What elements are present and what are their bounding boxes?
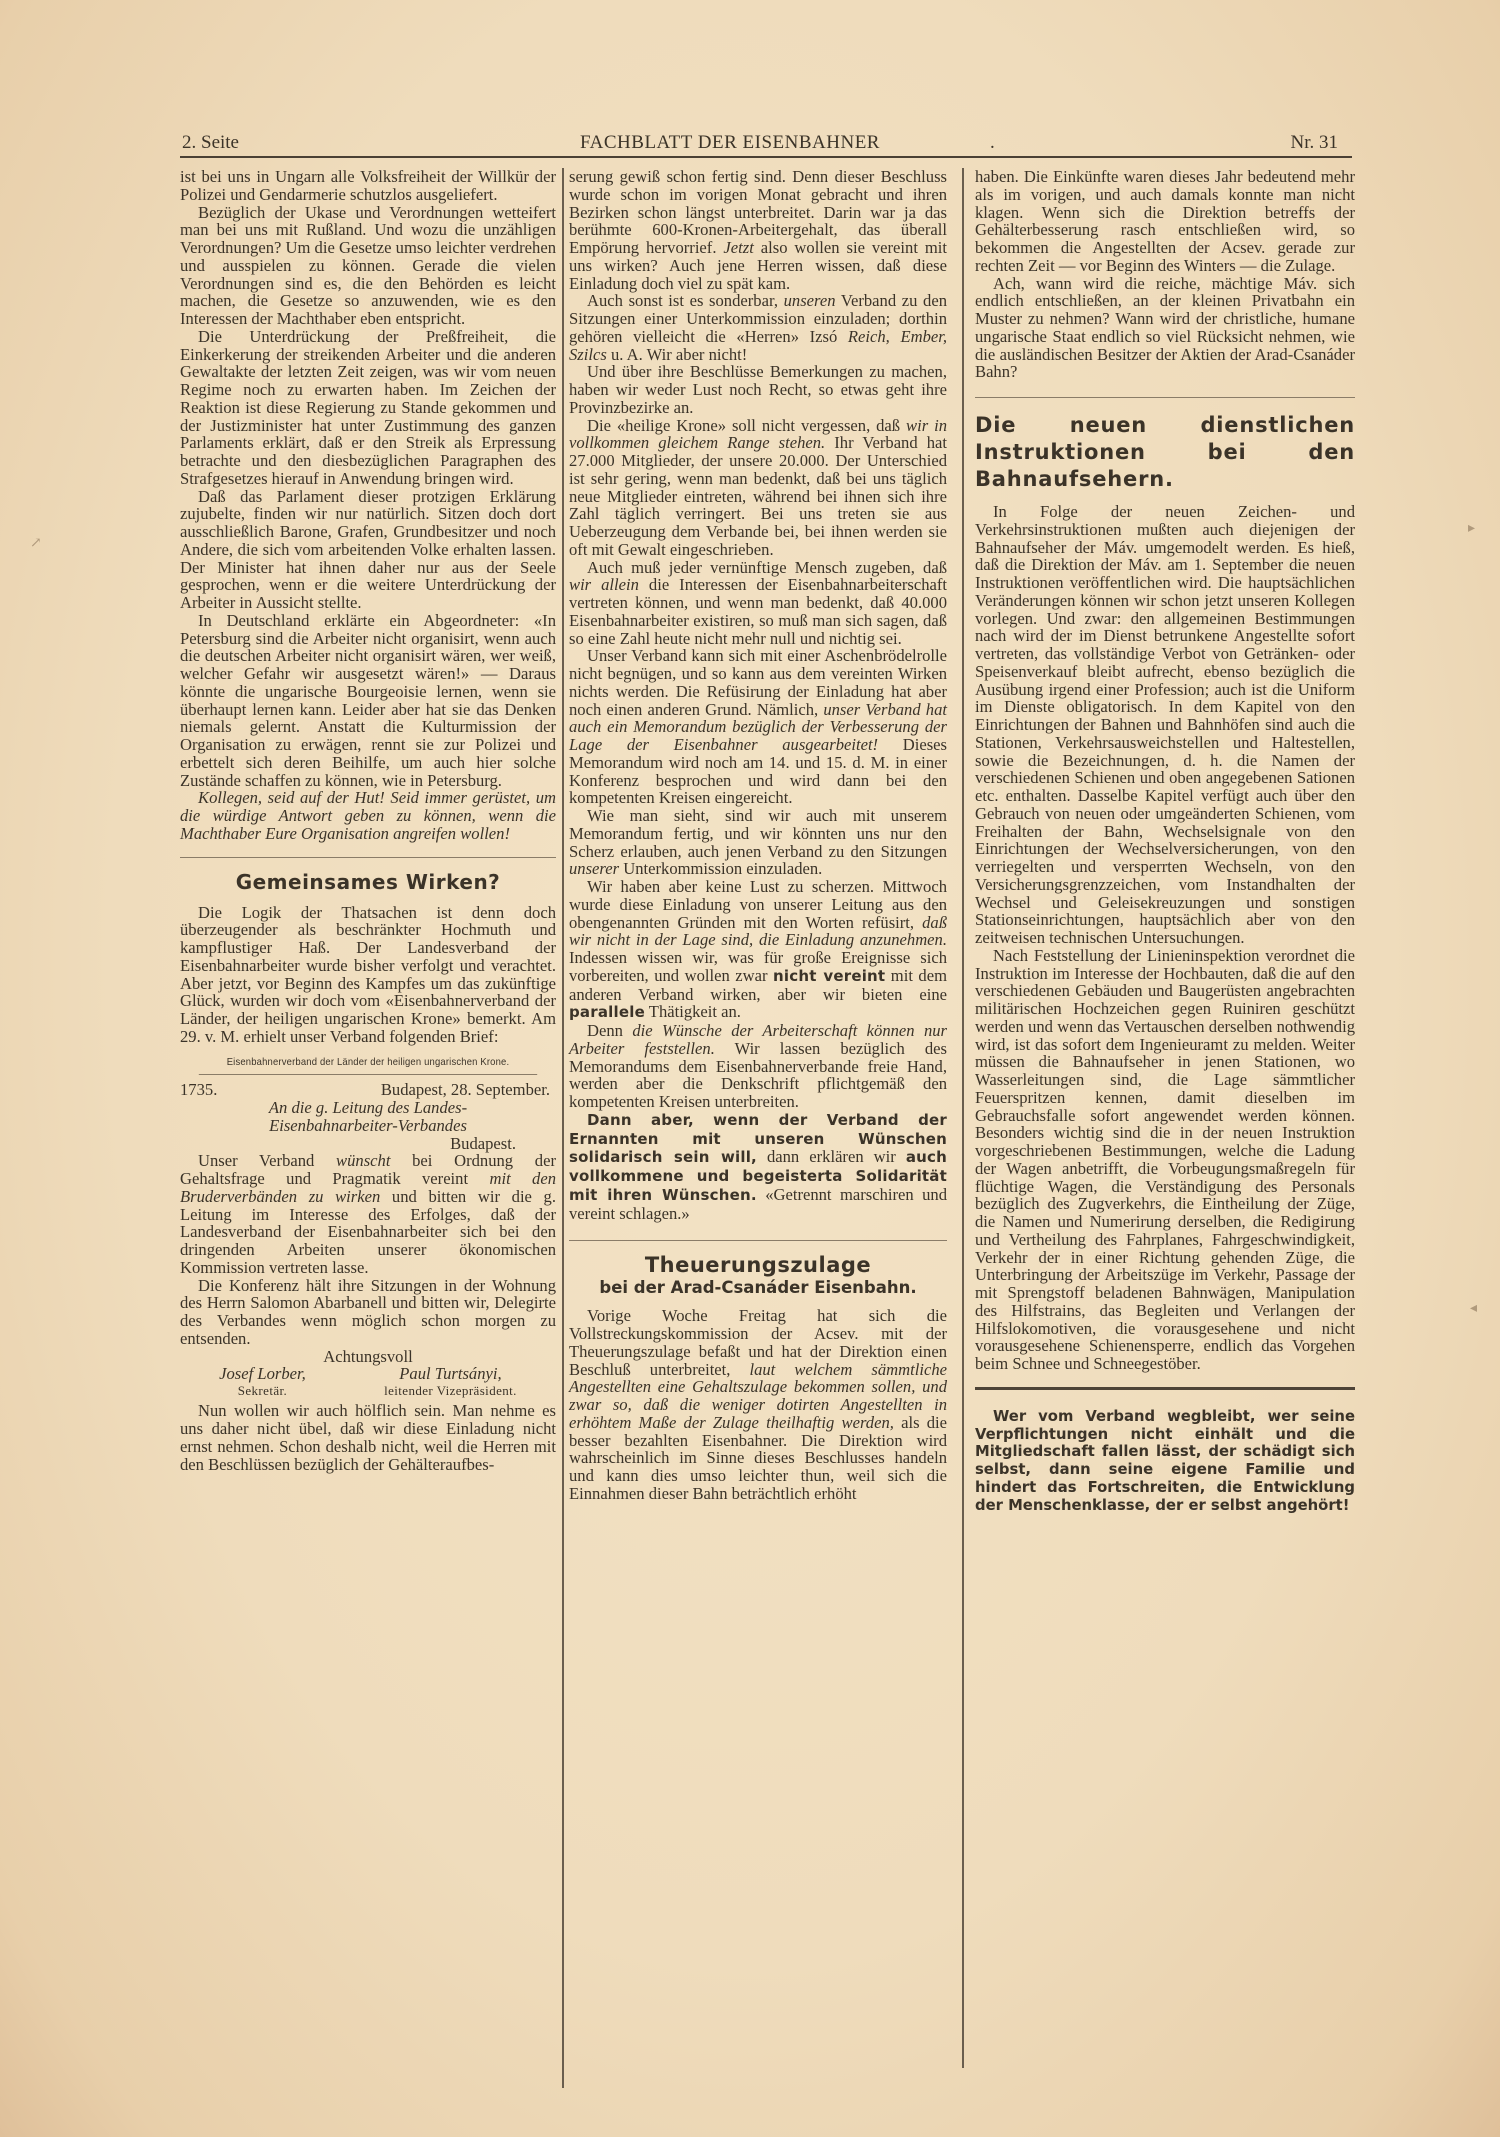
column-right: haben. Die Einkünfte waren dieses Jahr b… <box>975 168 1355 1515</box>
paragraph: Dann aber, wenn der Verband der Ernannte… <box>569 1111 947 1223</box>
issue-number: Nr. 31 <box>1291 130 1339 156</box>
paragraph: Bezüglich der Ukase und Verordnungen wet… <box>180 204 556 328</box>
paragraph: Die «heilige Krone» soll nicht vergessen… <box>569 417 947 559</box>
letter-number: 1735. <box>180 1081 217 1099</box>
signer-name: Josef Lorber, <box>219 1365 306 1383</box>
paragraph: Denn die Wünsche der Arbeiterschaft könn… <box>569 1022 947 1111</box>
paragraph: Ach, wann wird die reiche, mächtige Máv.… <box>975 275 1355 382</box>
paragraph: In Deutschland erklärte ein Abgeordneter… <box>180 612 556 790</box>
column-divider-1 <box>562 168 564 2088</box>
article-title-instruktionen: Die neuen dienstlichen Instruktionen bei… <box>975 412 1355 493</box>
membership-notice: Wer vom Verband wegbleibt, wer seine Ver… <box>975 1408 1355 1515</box>
paragraph: Die Unterdrückung der Preßfreiheit, die … <box>180 328 556 488</box>
text: Unterkommission einzuladen. <box>619 859 822 878</box>
signature-2: Paul Turtsányi, leitender Vizepräsident. <box>384 1365 517 1398</box>
signature-1: Josef Lorber, Sekretär. <box>219 1365 306 1398</box>
text: Die «heilige Krone» soll nicht vergessen… <box>587 416 906 435</box>
paragraph: Vorige Woche Freitag hat sich die Vollst… <box>569 1307 947 1502</box>
letter-body: Die Konferenz hält ihre Sitzungen in der… <box>180 1277 556 1348</box>
letter-ref-row: 1735. Budapest, 28. September. <box>180 1081 556 1099</box>
paragraph: ist bei uns in Ungarn alle Volksfreiheit… <box>180 168 556 204</box>
article-subtitle: bei der Arad-Csanáder Eisenbahn. <box>569 1277 947 1299</box>
text: Thätigkeit an. <box>645 1002 741 1021</box>
paragraph: Und über ihre Beschlüsse Bemerkungen zu … <box>569 363 947 416</box>
paragraph: Die Logik der Thatsachen ist denn doch ü… <box>180 904 556 1046</box>
paragraph: Auch muß jeder vernünftige Mensch zugebe… <box>569 559 947 648</box>
column-left: ist bei uns in Ungarn alle Volksfreiheit… <box>180 168 556 1473</box>
section-divider-thick <box>975 1387 1355 1390</box>
strong: parallele <box>569 1003 645 1021</box>
letter-body: Unser Verband wünscht bei Ordnung der Ge… <box>180 1152 556 1276</box>
emphasis: wünscht <box>336 1151 390 1170</box>
appeal-paragraph: Kollegen, seid auf der Hut! Seid immer g… <box>180 789 556 842</box>
paragraph: Nach Feststellung der Linieninspektion v… <box>975 947 1355 1373</box>
paragraph: haben. Die Einkünfte waren dieses Jahr b… <box>975 168 1355 275</box>
text: Auch muß jeder vernünftige Mensch zugebe… <box>587 558 947 577</box>
emphasis: unseren <box>784 291 836 310</box>
scan-mark: ↗ <box>30 535 42 552</box>
text: u. A. Wir aber nicht! <box>607 345 748 364</box>
column-divider-2 <box>962 168 964 2068</box>
scan-mark: ◂ <box>1470 1300 1477 1317</box>
masthead-title: FACHBLATT DER EISENBAHNER <box>580 130 880 156</box>
section-divider <box>569 1240 947 1241</box>
signer-name: Paul Turtsányi, <box>384 1365 517 1383</box>
strong: nicht vereint <box>773 967 885 985</box>
column-middle: serung gewiß schon fertig sind. Denn die… <box>569 168 947 1503</box>
emphasis: unserer <box>569 859 619 878</box>
article-title-gemeinsames-wirken: Gemeinsames Wirken? <box>180 870 556 894</box>
article-title-theuerungszulage: Theuerungszulage <box>569 1253 947 1277</box>
signer-role: leitender Vizepräsident. <box>384 1383 517 1398</box>
text: Unser Verband <box>198 1151 336 1170</box>
scan-mark: ▸ <box>1468 520 1475 537</box>
letter-city: Budapest. <box>180 1135 556 1153</box>
page-number: 2. Seite <box>182 130 239 156</box>
signatures: Josef Lorber, Sekretär. Paul Turtsányi, … <box>180 1365 556 1398</box>
paragraph: serung gewiß schon fertig sind. Denn die… <box>569 168 947 292</box>
header-separator: . <box>990 130 995 156</box>
letter-closing: Achtungsvoll <box>180 1348 556 1366</box>
paragraph: In Folge der neuen Zeichen- und Verkehrs… <box>975 503 1355 947</box>
section-divider <box>180 857 556 858</box>
page-header: 2. Seite FACHBLATT DER EISENBAHNER . Nr.… <box>180 130 1352 158</box>
emphasis: wir allein <box>569 575 639 594</box>
paragraph: Daß das Parlament dieser protzigen Erklä… <box>180 488 556 612</box>
paragraph: Auch sonst ist es sonderbar, unseren Ver… <box>569 292 947 363</box>
text: Auch sonst ist es sonderbar, <box>587 291 784 310</box>
emphasis: Jetzt <box>723 238 753 257</box>
text: dann erklären wir <box>757 1147 906 1166</box>
paragraph: Wir haben aber keine Lust zu scherzen. M… <box>569 878 947 1022</box>
paragraph: Unser Verband kann sich mit einer Aschen… <box>569 647 947 807</box>
text: Ihr Verband hat 27.000 Mitglieder, der u… <box>569 433 947 559</box>
text: Wie man sieht, sind wir auch mit unserem… <box>569 806 947 861</box>
paragraph: Nun wollen wir auch hölflich sein. Man n… <box>180 1402 556 1473</box>
text: Wir haben aber keine Lust zu scherzen. M… <box>569 877 947 932</box>
letter-addressee: An die g. Leitung des Landes-Eisenbahnar… <box>180 1099 556 1135</box>
section-divider <box>975 397 1355 398</box>
letter-date: Budapest, 28. September. <box>381 1081 556 1099</box>
signer-role: Sekretär. <box>219 1383 306 1398</box>
text: Denn <box>587 1021 632 1040</box>
letterhead: Eisenbahnerverband der Länder der heilig… <box>199 1054 537 1076</box>
paragraph: Wie man sieht, sind wir auch mit unserem… <box>569 807 947 878</box>
newspaper-page: 2. Seite FACHBLATT DER EISENBAHNER . Nr.… <box>180 130 1352 158</box>
